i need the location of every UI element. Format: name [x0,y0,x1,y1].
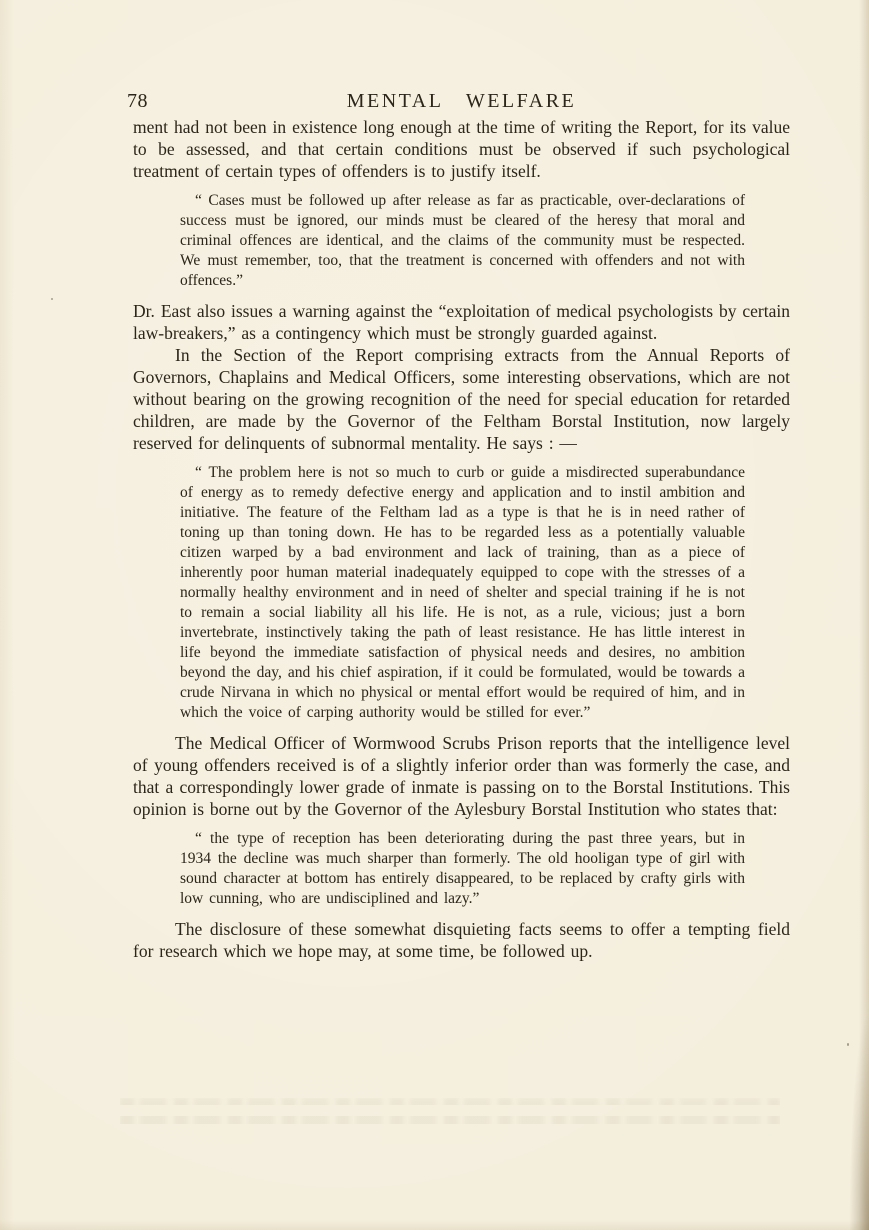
block-quote-aylesbury-governor: “ the type of reception has been deterio… [180,829,745,909]
paragraph-medical-officer: The Medical Officer of Wormwood Scrubs P… [133,732,790,820]
paragraph-continuation: ment had not been in existence long enou… [133,116,790,182]
paragraph-disclosure: The disclosure of these somewhat disquie… [133,918,790,962]
block-quote-east-report: “ Cases must be followed up after releas… [180,191,745,291]
page-edge-shadow [849,1010,869,1230]
paragraph-section-report: In the Section of the Report comprising … [133,344,790,454]
block-quote-feltham-governor: “ The problem here is not so much to cur… [180,463,745,723]
scan-speck [847,1043,849,1046]
scan-speck [51,298,53,300]
reverse-page-bleedthrough [120,1098,780,1132]
page-header: 78 MENTAL WELFARE [133,0,790,116]
text-column: ment had not been in existence long enou… [133,116,790,962]
page-number: 78 [127,90,148,113]
paragraph-dr-east: Dr. East also issues a warning against t… [133,300,790,344]
scanned-page: 78 MENTAL WELFARE ment had not been in e… [0,0,869,1230]
journal-title: MENTAL WELFARE [133,90,790,113]
